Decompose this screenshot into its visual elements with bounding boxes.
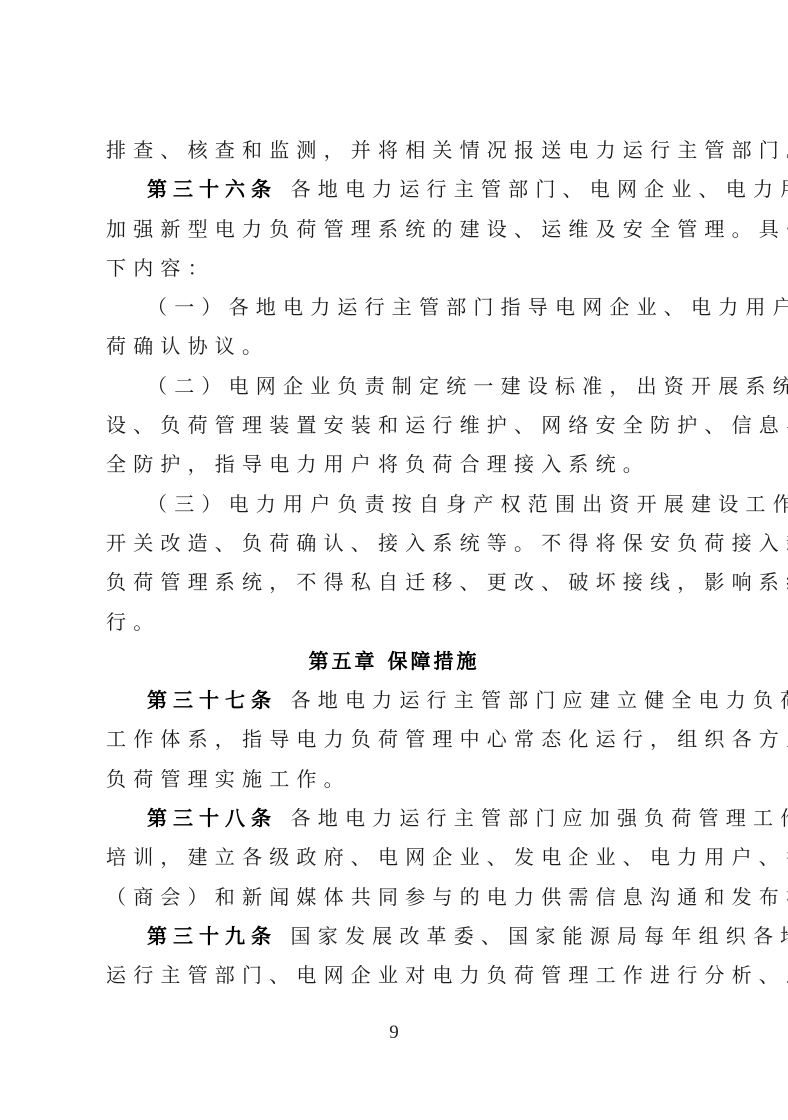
- item-1-line: （一）各地电力运行主管部门指导电网企业、电力用户签订负: [106, 288, 696, 327]
- article-number: 第三十九条: [147, 924, 277, 948]
- paragraph-line: 运行主管部门、电网企业对电力负荷管理工作进行分析、总结和评: [106, 956, 696, 995]
- article-text: 各地电力运行主管部门应建立健全电力负荷管理: [277, 688, 788, 712]
- paragraph-line: 开关改造、负荷确认、接入系统等。不得将保安负荷接入新型电力: [106, 524, 696, 563]
- document-page: 排查、核查和监测，并将相关情况报送电力运行主管部门。 第三十六条 各地电力运行主…: [0, 0, 788, 1120]
- chapter-heading: 第五章 保障措施: [106, 642, 696, 681]
- paragraph-line: 设、负荷管理装置安装和运行维护、网络安全防护、信息与数据安: [106, 406, 696, 445]
- paragraph-line: 全防护，指导电力用户将负荷合理接入系统。: [106, 445, 696, 484]
- paragraph-line: （商会）和新闻媒体共同参与的电力供需信息沟通和发布机制。: [106, 878, 696, 917]
- page-number: 9: [0, 1022, 788, 1044]
- paragraph-line: 行。: [106, 603, 696, 642]
- paragraph-line: 下内容：: [106, 249, 696, 288]
- item-2-line: （二）电网企业负责制定统一建设标准，出资开展系统平台建: [106, 367, 696, 406]
- article-number: 第三十六条: [147, 177, 277, 201]
- document-body: 排查、核查和监测，并将相关情况报送电力运行主管部门。 第三十六条 各地电力运行主…: [106, 131, 696, 996]
- article-number: 第三十八条: [147, 806, 277, 830]
- article-38-line: 第三十八条 各地电力运行主管部门应加强负荷管理工作宣传: [106, 799, 696, 838]
- article-39-line: 第三十九条 国家发展改革委、国家能源局每年组织各地电力: [106, 917, 696, 956]
- paragraph-line: 负荷管理系统，不得私自迁移、更改、破坏接线，影响系统正常运: [106, 563, 696, 602]
- paragraph-line: 工作体系，指导电力负荷管理中心常态化运行，组织各方主体做好: [106, 720, 696, 759]
- paragraph-line: 加强新型电力负荷管理系统的建设、运维及安全管理。具体包含如: [106, 210, 696, 249]
- paragraph-line: 培训，建立各级政府、电网企业、发电企业、电力用户、行业协会: [106, 838, 696, 877]
- article-text: 国家发展改革委、国家能源局每年组织各地电力: [277, 924, 788, 948]
- article-number: 第三十七条: [147, 688, 277, 712]
- paragraph-line: 负荷管理实施工作。: [106, 760, 696, 799]
- paragraph-line: 排查、核查和监测，并将相关情况报送电力运行主管部门。: [106, 131, 696, 170]
- article-36-line: 第三十六条 各地电力运行主管部门、电网企业、电力用户应: [106, 170, 696, 209]
- article-text: 各地电力运行主管部门、电网企业、电力用户应: [277, 177, 788, 201]
- article-37-line: 第三十七条 各地电力运行主管部门应建立健全电力负荷管理: [106, 681, 696, 720]
- article-text: 各地电力运行主管部门应加强负荷管理工作宣传: [277, 806, 788, 830]
- item-3-line: （三）电力用户负责按自身产权范围出资开展建设工作，包括: [106, 485, 696, 524]
- paragraph-line: 荷确认协议。: [106, 327, 696, 366]
